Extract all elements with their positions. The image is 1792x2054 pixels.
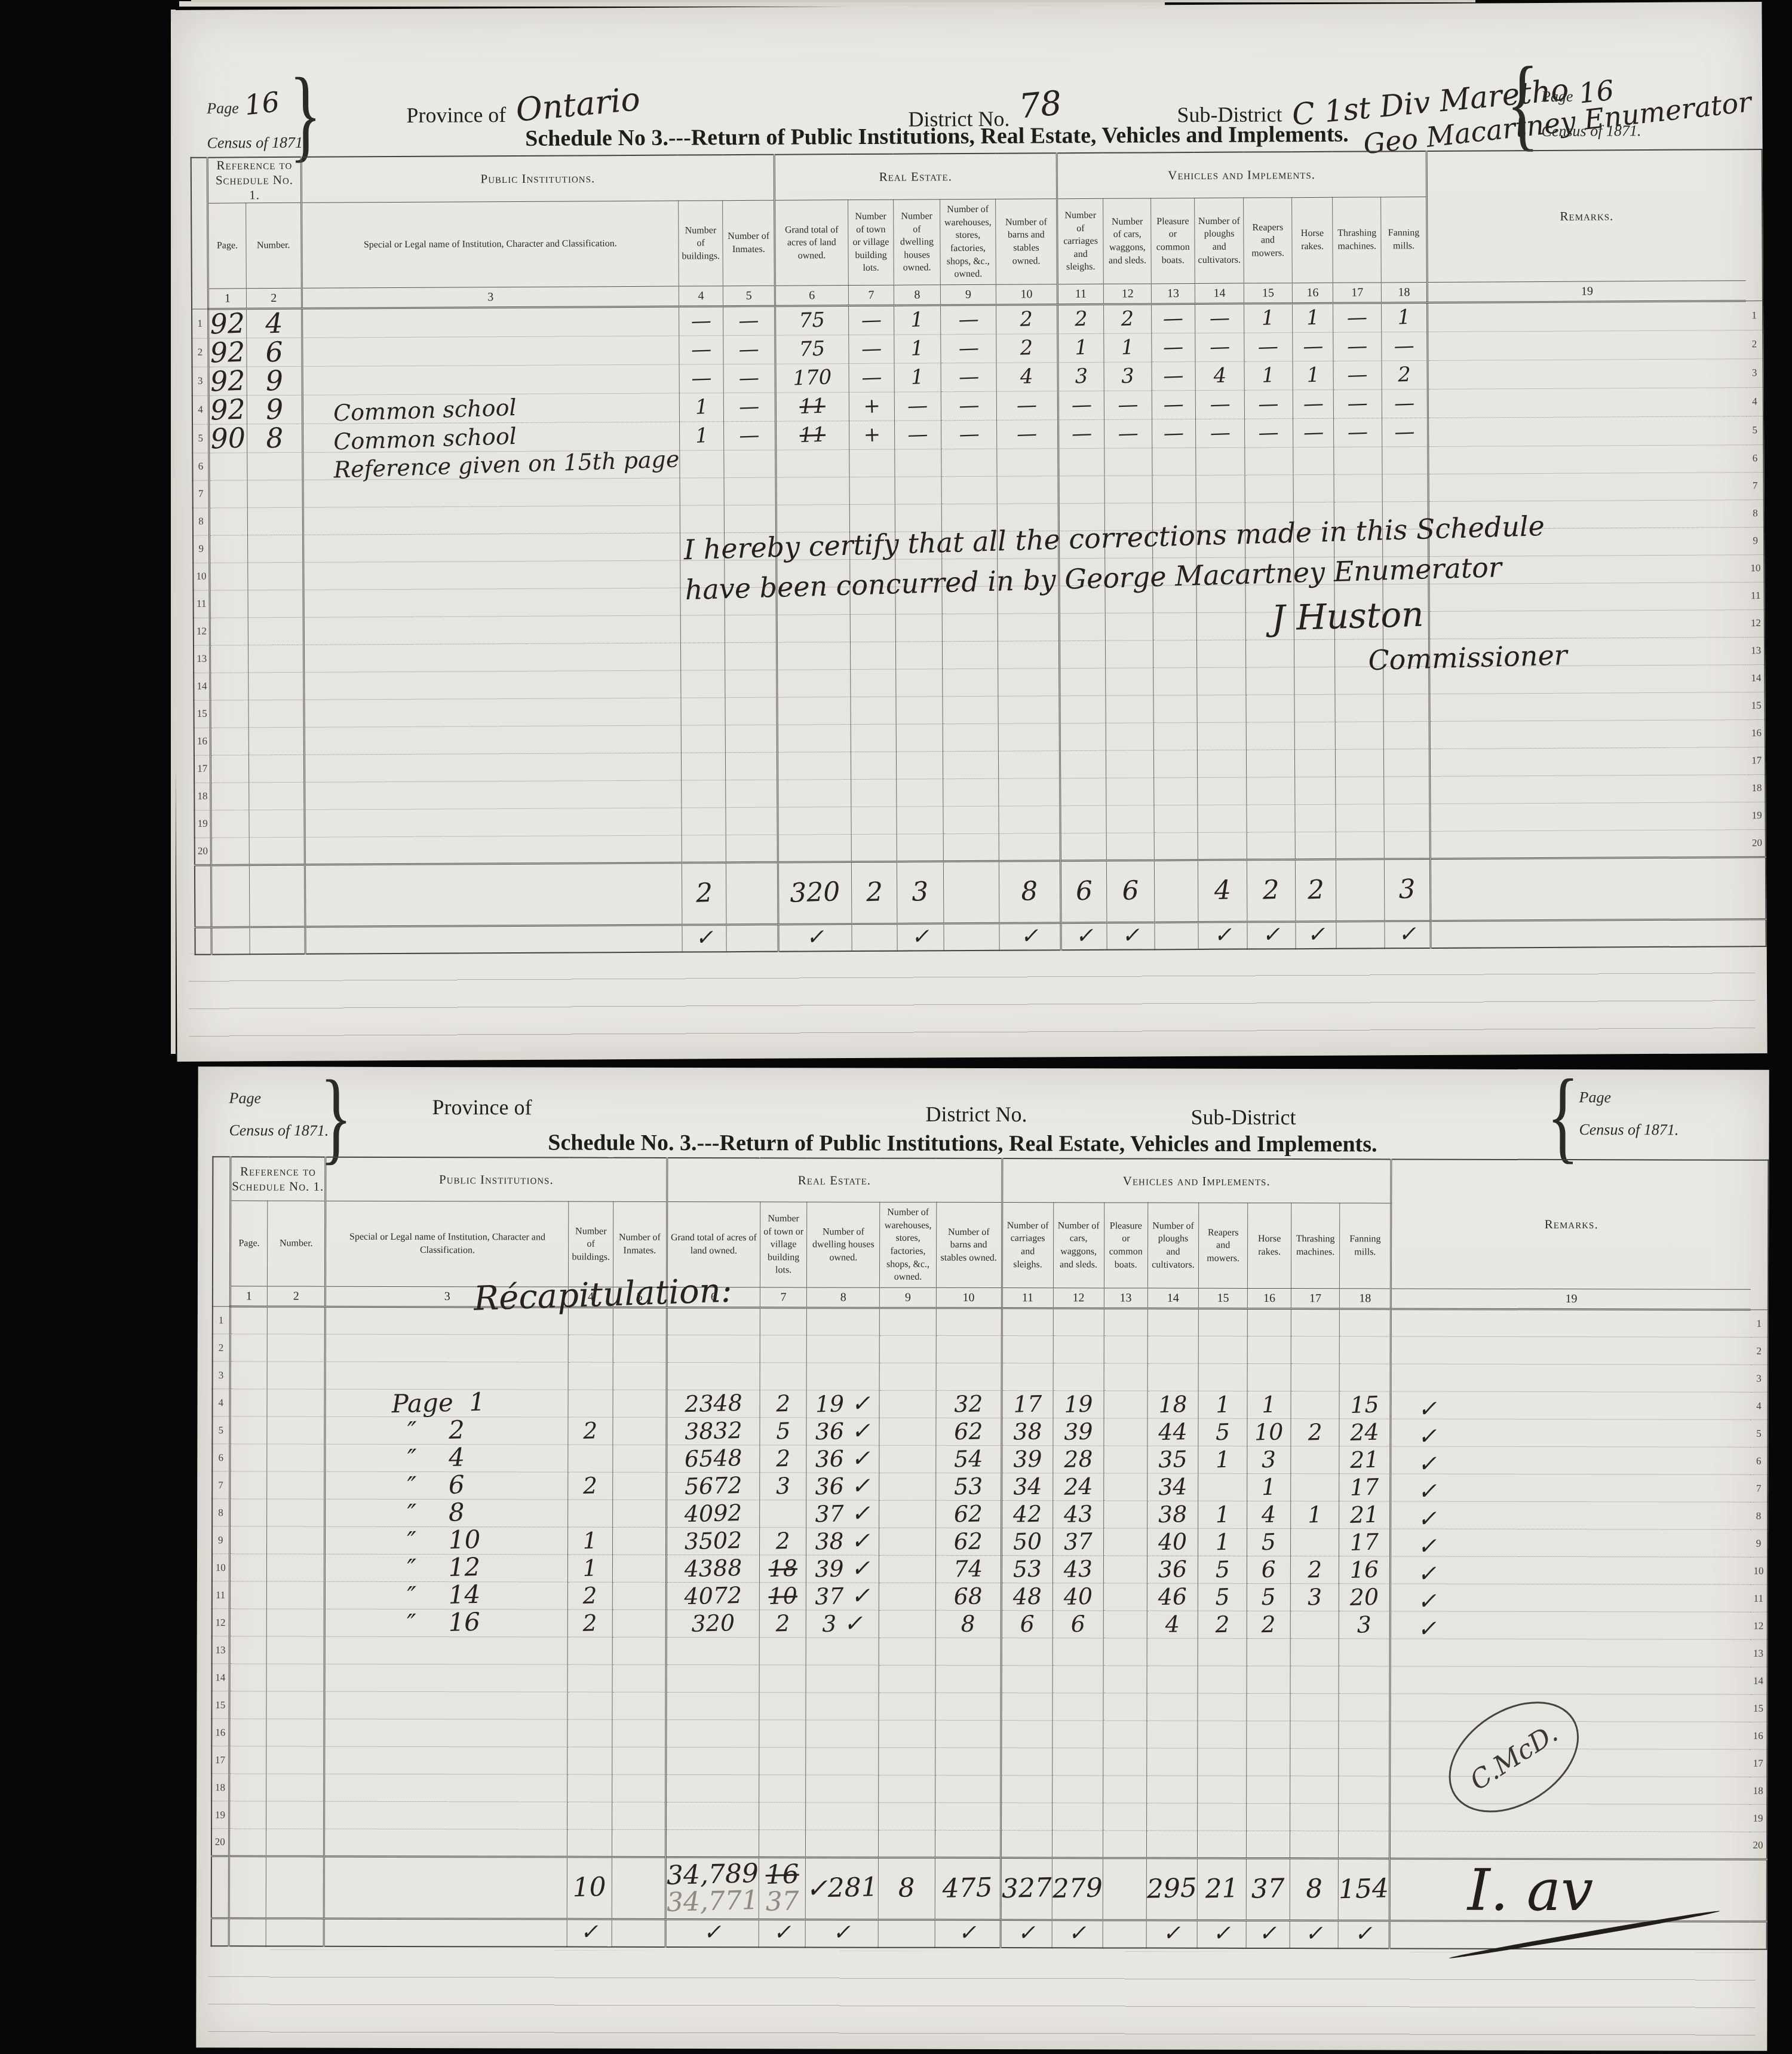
cell-r9-c2 xyxy=(267,1526,325,1554)
cell-r4-c19 xyxy=(1428,387,1747,418)
handwritten-value: 1 xyxy=(1291,1503,1339,1527)
col-header-15: Reapers and mowers. xyxy=(1244,198,1292,283)
totals-gutter xyxy=(1749,857,1766,919)
stamp-initials: C.McD. xyxy=(1465,1718,1563,1797)
cell-r15-c2 xyxy=(266,1691,324,1719)
row-number-left: 3 xyxy=(192,367,209,396)
row-number-left: 12 xyxy=(194,618,210,645)
cell-r20-c8 xyxy=(806,1830,879,1857)
cell-r7-c4 xyxy=(680,477,725,505)
handwritten-value: 1 xyxy=(1104,336,1152,358)
cell-r17-c15 xyxy=(1198,1748,1247,1776)
cell-r19-c12 xyxy=(1052,1803,1103,1831)
handwritten-value: — xyxy=(895,424,941,446)
row-number-left: 9 xyxy=(212,1526,229,1554)
col-number-18: 18 xyxy=(1381,282,1427,302)
cell-r7-c12: 24 xyxy=(1053,1473,1103,1501)
row-number-right: 2 xyxy=(1751,1337,1768,1365)
cell-r11-c19: ✓ xyxy=(1391,1584,1750,1612)
handwritten-value: — xyxy=(1245,422,1293,444)
col-number-14: 14 xyxy=(1147,1288,1198,1308)
row-number-right: 9 xyxy=(1750,1529,1768,1557)
handwritten-value: 62 xyxy=(935,1529,1001,1554)
cell-r3-c14 xyxy=(1147,1363,1198,1391)
cell-r16-c1 xyxy=(211,727,249,755)
cell-r7-c6 xyxy=(776,477,849,505)
page-label: Page xyxy=(229,1089,261,1106)
cell-r19-c16 xyxy=(1295,804,1336,832)
check-mark: ✓ xyxy=(1247,924,1295,947)
row-number-left: 15 xyxy=(194,700,210,728)
cell-r14-c2 xyxy=(266,1664,324,1691)
cell-r15-c10 xyxy=(998,695,1059,724)
scanned-page-top: Page16 Census of 1871. } Province ofOnta… xyxy=(171,2,1767,1062)
cell-r4-c5 xyxy=(613,1390,667,1417)
cell-r14-c3 xyxy=(304,670,681,700)
cell-r11-c10: 68 xyxy=(935,1583,1001,1610)
cell-r9-c17 xyxy=(1290,1529,1339,1556)
cell-r7-c7 xyxy=(849,477,895,504)
cell-r2-c1 xyxy=(230,1334,268,1362)
check-mark: ✓ xyxy=(682,927,727,950)
check-mark: ✓ xyxy=(1107,924,1155,948)
row-number-left: 2 xyxy=(213,1334,230,1362)
handwritten-value: — xyxy=(1382,393,1428,415)
cell-r4-c7: 2 xyxy=(760,1390,807,1418)
cell-r18-c15 xyxy=(1247,777,1294,804)
cell-r9-c14: 40 xyxy=(1147,1528,1198,1556)
cell-r13-c3 xyxy=(324,1636,567,1664)
cell-r18-c18 xyxy=(1339,1776,1390,1804)
group-reference: Reference to Schedule No. 1. xyxy=(208,157,302,203)
cell-r15-c6 xyxy=(777,697,851,725)
row-number-left: 14 xyxy=(194,673,210,700)
cell-r16-c12 xyxy=(1052,1721,1103,1748)
cell-r1-c19 xyxy=(1391,1309,1751,1337)
cell-r15-c11 xyxy=(1060,695,1106,723)
handwritten-value: 1 xyxy=(894,338,940,360)
handwritten-value: 6 xyxy=(1107,877,1155,905)
cell-r17-c12 xyxy=(1052,1748,1103,1776)
cell-r2-c14 xyxy=(1147,1336,1198,1363)
cell-r14-c12 xyxy=(1053,1666,1103,1693)
cell-r7-c9 xyxy=(879,1473,936,1500)
brace-decoration: { xyxy=(1546,1064,1579,1168)
col-header-9: Number of warehouses, stores, factories,… xyxy=(940,199,996,284)
cell-r13-c1 xyxy=(210,645,248,672)
row-number-right: 5 xyxy=(1747,416,1763,444)
cell-r20-c11 xyxy=(1060,833,1107,860)
cell-r15-c3 xyxy=(324,1691,567,1719)
cell-r10-c3 xyxy=(303,560,680,590)
handwritten-value: — xyxy=(1334,421,1382,443)
cell-r8-c16: 4 xyxy=(1247,1501,1291,1528)
cell-r15-c15 xyxy=(1198,1693,1247,1721)
cell-r2-c8 xyxy=(807,1335,880,1363)
cell-r5-c18: — xyxy=(1382,418,1428,446)
handwritten-value: 11 xyxy=(777,424,849,446)
cell-r8-c9 xyxy=(879,1500,936,1528)
handwritten-value: — xyxy=(1245,393,1293,415)
cell-r9-c3 xyxy=(303,533,680,562)
row-number-left: 5 xyxy=(212,1417,229,1444)
handwritten-value: 1 xyxy=(1382,306,1427,329)
total-c5 xyxy=(612,1857,665,1919)
cell-r3-c6: 170 xyxy=(775,363,849,393)
handwritten-value: 279 xyxy=(1052,1875,1103,1903)
census-label: Census of 1871. xyxy=(229,1121,329,1139)
cell-r20-c5 xyxy=(612,1829,665,1857)
cell-r18-c18 xyxy=(1384,776,1430,804)
schedule-title: Schedule No 3.---Return of Public Instit… xyxy=(447,121,1426,152)
cell-r4-c1 xyxy=(230,1389,268,1417)
cell-r6-c13 xyxy=(1103,1446,1147,1473)
handwritten-value: 74 xyxy=(935,1557,1001,1581)
handwritten-value: 3 xyxy=(1339,1612,1390,1637)
handwritten-value: — xyxy=(724,367,775,390)
handwritten-value: — xyxy=(1195,422,1245,444)
cell-r6-c2 xyxy=(247,452,302,480)
scan-background: { "table": { "groups": { "reference": "R… xyxy=(0,0,1792,2054)
province-label: Province of xyxy=(406,103,506,127)
handwritten-value: 5 xyxy=(1198,1420,1247,1445)
handwritten-value: 34 xyxy=(1147,1475,1198,1500)
cell-r7-c19 xyxy=(1428,472,1747,501)
handwritten-value: ✓ xyxy=(1391,1445,1750,1476)
handwritten-value: 2 xyxy=(1290,1558,1339,1582)
cell-r8-c1 xyxy=(229,1499,267,1526)
cell-r4-c6: 11 xyxy=(775,392,849,421)
cell-r20-c4 xyxy=(567,1829,612,1857)
cell-r6-c11 xyxy=(1058,448,1104,476)
cell-r14-c2 xyxy=(248,672,303,700)
col-number-7: 7 xyxy=(848,285,894,305)
cell-r19-c15 xyxy=(1197,1803,1247,1831)
cell-r2-c9: — xyxy=(940,334,996,363)
total-c12: 279 xyxy=(1052,1858,1103,1920)
cell-r16-c2 xyxy=(266,1719,324,1746)
row-number-left: 5 xyxy=(192,424,209,453)
cell-r15-c9 xyxy=(879,1693,935,1720)
cell-r20-c7 xyxy=(759,1830,806,1857)
cell-r4-c6: 2348 xyxy=(667,1390,760,1417)
col-number-13: 13 xyxy=(1104,1288,1147,1308)
cell-r16-c12 xyxy=(1106,722,1154,750)
col-number-1: 1 xyxy=(230,1286,268,1307)
check-mark: ✓ xyxy=(1247,1923,1290,1946)
cell-r18-c12 xyxy=(1106,777,1154,805)
cell-r20-c18 xyxy=(1339,1831,1390,1859)
row-number-left: 8 xyxy=(212,1499,229,1526)
cell-r2-c14: — xyxy=(1195,333,1245,361)
check-mark: ✓ xyxy=(897,925,943,949)
schedule-table-host: Reference to Schedule No. 1.Public Insti… xyxy=(211,1156,1769,1949)
handwritten-value: 8 xyxy=(935,1612,1001,1636)
check-c13 xyxy=(1155,922,1198,949)
cell-r1-c17 xyxy=(1291,1309,1340,1336)
cell-r11-c1 xyxy=(229,1581,267,1609)
handwritten-value: 15 xyxy=(1339,1393,1390,1417)
cell-r2-c8: 1 xyxy=(894,335,941,363)
handwritten-value: — xyxy=(1152,422,1196,444)
row-number-right: 8 xyxy=(1750,1502,1768,1529)
handwritten-value: — xyxy=(1058,394,1104,416)
cell-r5-c4: 2 xyxy=(568,1417,613,1445)
cell-r14-c3 xyxy=(324,1664,567,1692)
cell-r3-c17: — xyxy=(1333,361,1382,390)
cell-r9-c3: ″ 10 xyxy=(325,1526,568,1555)
cell-r5-c17: — xyxy=(1334,418,1382,447)
cell-r10-c3: ″ 12 xyxy=(325,1554,568,1582)
cell-r15-c3 xyxy=(304,698,681,727)
cell-r19-c16 xyxy=(1247,1803,1290,1831)
row-number-right: 10 xyxy=(1748,554,1765,582)
cell-r18-c17 xyxy=(1290,1776,1339,1804)
row-number-right: 1 xyxy=(1746,301,1763,330)
cell-r3-c19 xyxy=(1428,358,1747,389)
page-label: Page xyxy=(1541,88,1573,105)
cell-r18-c1 xyxy=(229,1774,266,1801)
row-number-left: 4 xyxy=(212,1389,229,1417)
page-label: Page xyxy=(207,99,239,117)
handwritten-value: 92 xyxy=(209,309,247,339)
ruled-lines xyxy=(189,946,1756,1054)
handwritten-value: 62 xyxy=(935,1502,1001,1526)
cell-r9-c7: 2 xyxy=(759,1528,806,1555)
handwritten-value: 4 xyxy=(1198,876,1247,905)
total-c13 xyxy=(1103,1858,1147,1920)
handwritten-value: 10 xyxy=(1247,1420,1290,1444)
col-header-8: Number of dwelling houses owned. xyxy=(807,1202,880,1287)
handwritten-value: 2 xyxy=(568,1611,612,1636)
cell-r16-c3 xyxy=(324,1719,567,1747)
row-number-gutter xyxy=(213,1157,231,1307)
row-number-right: 7 xyxy=(1750,1474,1768,1502)
cell-r6-c15 xyxy=(1245,447,1293,474)
check-c11: ✓ xyxy=(1061,922,1107,950)
page-number-handwritten: 16 xyxy=(243,85,281,121)
row-number-left: 9 xyxy=(193,535,210,563)
cell-r1-c15 xyxy=(1198,1308,1248,1336)
col-header-16: Horse rakes. xyxy=(1291,197,1333,283)
cell-r20-c2 xyxy=(266,1829,324,1856)
cell-r17-c13 xyxy=(1154,750,1198,777)
handwritten-value: 6 xyxy=(246,338,302,367)
group-real-estate: Real Estate. xyxy=(667,1158,1002,1203)
checks-gutter xyxy=(211,1918,229,1946)
cell-r18-c9 xyxy=(943,778,999,806)
col-header-4: Number of buildings. xyxy=(678,201,723,286)
province-handwritten: Ontario xyxy=(514,80,642,129)
handwritten-value: 53 xyxy=(936,1474,1001,1499)
cell-r11-c16: 5 xyxy=(1247,1583,1291,1611)
cell-r7-c14: 34 xyxy=(1147,1473,1198,1501)
col-header-1: Page. xyxy=(208,203,246,289)
cell-r18-c5 xyxy=(726,780,778,807)
cell-r7-c7: 3 xyxy=(759,1473,806,1500)
cell-r17-c16 xyxy=(1247,1748,1290,1776)
cell-r13-c17 xyxy=(1290,1639,1339,1666)
row-number-left: 2 xyxy=(192,338,208,367)
cell-r7-c13 xyxy=(1103,1473,1147,1501)
group-reference: Reference to Schedule No. 1. xyxy=(230,1157,326,1201)
cell-r18-c19 xyxy=(1430,774,1749,804)
cell-r3-c8: 1 xyxy=(894,363,941,392)
cell-r8-c14: 38 xyxy=(1147,1501,1198,1528)
cell-r11-c13 xyxy=(1103,1583,1147,1611)
total-c1 xyxy=(229,1856,266,1918)
cell-r5-c8: — xyxy=(895,420,941,449)
cell-r13-c13 xyxy=(1103,1638,1147,1666)
cell-r10-c18: 16 xyxy=(1339,1556,1391,1584)
handwritten-value: 90 xyxy=(210,424,247,453)
row-number-left: 12 xyxy=(212,1609,229,1636)
cell-r20-c16 xyxy=(1247,1831,1290,1858)
cell-r4-c10: 32 xyxy=(936,1390,1002,1418)
total-c6: 320 xyxy=(778,862,852,924)
cell-r16-c9 xyxy=(943,724,999,751)
cell-r17-c2 xyxy=(248,755,304,782)
cell-r18-c13 xyxy=(1154,777,1198,805)
cell-r15-c18 xyxy=(1383,694,1429,721)
cell-r7-c16 xyxy=(1293,474,1334,502)
cell-r5-c14: 44 xyxy=(1147,1418,1198,1446)
cell-r15-c15 xyxy=(1246,694,1294,722)
total-c4: 2 xyxy=(682,862,726,924)
cell-r17-c9 xyxy=(943,751,999,778)
handwritten-value: 40 xyxy=(1053,1584,1103,1609)
col-header-14: Number of ploughs and cultivators. xyxy=(1194,198,1244,283)
cell-r7-c8 xyxy=(895,476,941,504)
row-number-right: 5 xyxy=(1750,1420,1768,1447)
row-number-right: 20 xyxy=(1750,1832,1767,1859)
cell-r11-c12: 40 xyxy=(1053,1583,1103,1611)
cell-r13-c9 xyxy=(879,1638,935,1665)
handwritten-value: — xyxy=(1333,306,1382,329)
handwritten-value: ✓ xyxy=(1391,1390,1750,1421)
cell-r5-c6: 11 xyxy=(776,421,849,450)
cell-r6-c16: 3 xyxy=(1247,1446,1291,1473)
schedule-title: Schedule No. 3.---Return of Public Insti… xyxy=(472,1129,1452,1157)
col-number-7: 7 xyxy=(760,1287,807,1308)
cell-r11-c3 xyxy=(303,588,680,617)
cell-r20-c12 xyxy=(1107,832,1155,860)
handwritten-value: 34 xyxy=(1002,1474,1053,1499)
cell-r8-c7 xyxy=(759,1500,806,1528)
cell-r15-c1 xyxy=(210,700,248,727)
check-c18: ✓ xyxy=(1385,921,1431,948)
handwritten-value: — xyxy=(723,310,775,332)
cell-r5-c12: — xyxy=(1104,419,1152,448)
cell-r20-c3 xyxy=(305,835,682,864)
cell-r8-c1 xyxy=(210,507,248,535)
cell-r3-c10 xyxy=(936,1363,1002,1390)
cell-r16-c17 xyxy=(1290,1721,1339,1749)
cell-r5-c10: — xyxy=(997,419,1058,448)
handwritten-value: — xyxy=(1104,394,1152,416)
cell-r3-c5: — xyxy=(723,364,775,393)
handwritten-value: 1 xyxy=(1247,1393,1290,1417)
cell-r17-c3 xyxy=(324,1746,567,1774)
handwritten-value: 5 xyxy=(1198,1585,1247,1610)
cell-r11-c4: 2 xyxy=(568,1582,613,1610)
handwritten-value: 4388 xyxy=(667,1556,759,1581)
cell-r20-c16 xyxy=(1295,832,1336,859)
cell-r4-c4: 1 xyxy=(679,393,724,421)
handwritten-value: 39 ✓ xyxy=(806,1556,879,1581)
cell-r4-c11: 17 xyxy=(1002,1391,1053,1418)
cell-r19-c3 xyxy=(305,808,682,837)
handwritten-value: 35 xyxy=(1147,1448,1198,1472)
col-header-7: Number of town or village building lots. xyxy=(848,200,894,285)
cell-r19-c17 xyxy=(1290,1804,1339,1831)
cell-r16-c3 xyxy=(304,725,681,755)
cell-r2-c9 xyxy=(879,1335,936,1363)
cell-r5-c6: 3832 xyxy=(667,1417,760,1445)
cell-r19-c11 xyxy=(1001,1803,1052,1831)
handwritten-value: 170 xyxy=(776,366,848,389)
cell-r17-c1 xyxy=(211,755,249,782)
cell-r5-c11: — xyxy=(1058,419,1104,448)
col-header-18: Fanning mills. xyxy=(1340,1203,1391,1289)
cell-r6-c5 xyxy=(613,1445,667,1472)
handwritten-value: 36 ✓ xyxy=(806,1419,879,1444)
cell-r12-c3: ″ 16 xyxy=(325,1609,568,1637)
cell-r4-c16: 1 xyxy=(1247,1391,1291,1418)
handwritten-value: 38 xyxy=(1002,1420,1053,1444)
cell-r1-c1 xyxy=(230,1307,268,1334)
cell-r15-c12 xyxy=(1052,1693,1103,1721)
cell-r8-c19: ✓ xyxy=(1391,1501,1750,1529)
total-c18: 154 xyxy=(1339,1859,1390,1921)
group-public-institutions: Public Institutions. xyxy=(301,155,775,203)
cell-r14-c16 xyxy=(1247,1666,1290,1693)
handwritten-value: 36 ✓ xyxy=(806,1474,879,1499)
handwritten-value: 19 xyxy=(1053,1392,1104,1417)
cell-r18-c6 xyxy=(778,779,851,807)
cell-r20-c7 xyxy=(851,834,897,862)
cell-r6-c14: 35 xyxy=(1147,1446,1198,1473)
cell-r10-c16: 6 xyxy=(1247,1556,1291,1583)
cell-r15-c18 xyxy=(1339,1694,1390,1721)
handwritten-value: — xyxy=(895,395,941,417)
cell-r10-c17: 2 xyxy=(1290,1556,1339,1584)
cell-r5-c11: 38 xyxy=(1001,1418,1053,1446)
total-c15: 2 xyxy=(1247,859,1296,921)
cell-r15-c19 xyxy=(1429,692,1748,721)
cell-r4-c5: — xyxy=(724,393,776,421)
row-number-right: 9 xyxy=(1747,527,1764,554)
check-c10: ✓ xyxy=(935,1920,1001,1947)
check-mark: ✓ xyxy=(666,1921,759,1945)
cell-r16-c9 xyxy=(879,1720,935,1748)
cell-r20-c5 xyxy=(726,835,778,862)
cell-r4-c8: — xyxy=(895,391,941,420)
cell-r13-c18 xyxy=(1339,1639,1390,1666)
col-header-7: Number of town or village building lots. xyxy=(760,1202,807,1287)
cell-r6-c15: 1 xyxy=(1198,1446,1248,1473)
cell-r3-c1 xyxy=(230,1362,268,1389)
cell-r6-c17 xyxy=(1291,1446,1340,1474)
handwritten-value: — xyxy=(848,338,894,360)
cell-r7-c2 xyxy=(267,1471,325,1499)
cell-r19-c14 xyxy=(1146,1803,1197,1831)
cell-r14-c1 xyxy=(229,1664,267,1691)
total-c17 xyxy=(1336,859,1385,921)
cell-r19-c8 xyxy=(897,806,943,833)
handwritten-value: — xyxy=(1382,421,1428,443)
cell-r20-c11 xyxy=(1001,1831,1052,1858)
